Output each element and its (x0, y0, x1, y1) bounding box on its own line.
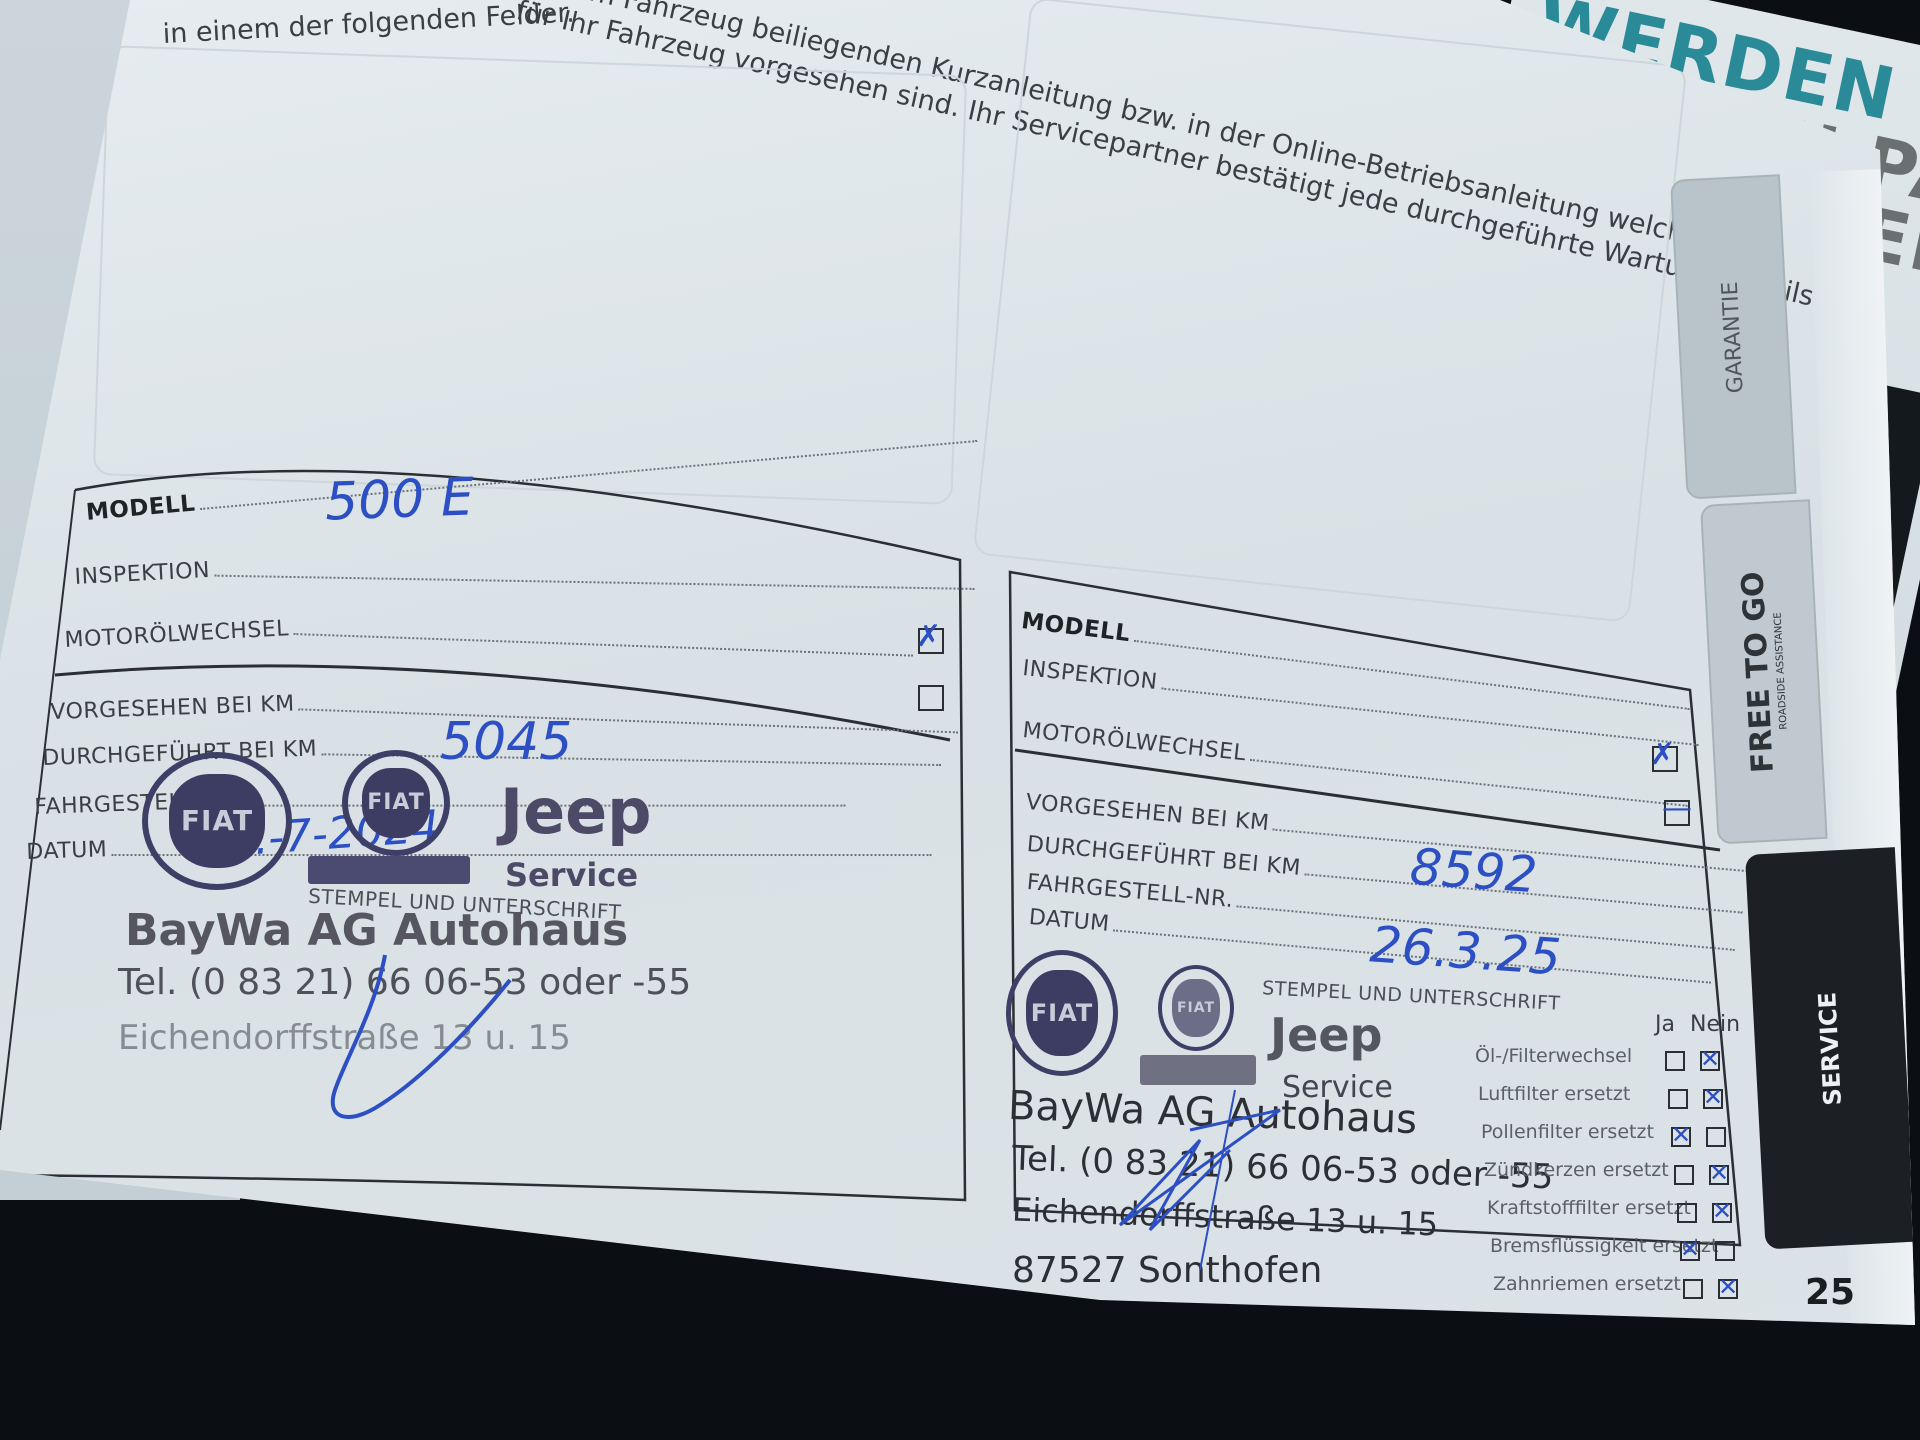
checklist-item-label: Zahnriemen ersetzt (1493, 1273, 1681, 1295)
right-service-record: MODELL INSPEKTION MOTORÖLWECHSEL ✗ — VOR… (0, 0, 1920, 1440)
tab-service[interactable]: SERVICE (1745, 847, 1915, 1249)
checklist-header-nein: Nein (1690, 1012, 1740, 1037)
checklist-nein-checkbox[interactable] (1709, 1165, 1729, 1185)
checklist-ja-checkbox[interactable] (1668, 1089, 1688, 1109)
checklist-nein-checkbox[interactable] (1706, 1127, 1726, 1147)
signature-right (0, 0, 1920, 1440)
tab-garantie[interactable]: GARANTIE (1670, 174, 1797, 499)
checklist-ja-checkbox[interactable] (1683, 1279, 1703, 1299)
checklist-item-label: Pollenfilter ersetzt (1481, 1121, 1654, 1143)
checklist-item-label: Öl-/Filterwechsel (1475, 1045, 1632, 1067)
checklist-item-label: Kraftstofffilter ersetzt (1487, 1197, 1691, 1219)
checklist-nein-checkbox[interactable] (1712, 1203, 1732, 1223)
checklist-header-ja: Ja (1655, 1012, 1675, 1037)
checklist-item-label: Zündkerzen ersetzt (1484, 1159, 1669, 1181)
checklist-nein-checkbox[interactable] (1703, 1089, 1723, 1109)
booklet-page: Wartung ... für Ihr Fahrzeug in einem de… (0, 0, 1920, 1440)
checklist-ja-checkbox[interactable] (1674, 1165, 1694, 1185)
tab-free-to-go[interactable]: FREE TO GO ROADSIDE ASSISTANCE (1700, 499, 1828, 844)
checklist-ja-checkbox[interactable] (1665, 1051, 1685, 1071)
checklist-nein-checkbox[interactable] (1715, 1241, 1735, 1261)
checklist-ja-checkbox[interactable] (1680, 1241, 1700, 1261)
checklist-item-label: Luftfilter ersetzt (1478, 1083, 1630, 1105)
checklist-nein-checkbox[interactable] (1718, 1279, 1738, 1299)
checklist-ja-checkbox[interactable] (1671, 1127, 1691, 1147)
checklist-ja-checkbox[interactable] (1677, 1203, 1697, 1223)
checklist-nein-checkbox[interactable] (1700, 1051, 1720, 1071)
page-number: 25 (1805, 1272, 1855, 1313)
